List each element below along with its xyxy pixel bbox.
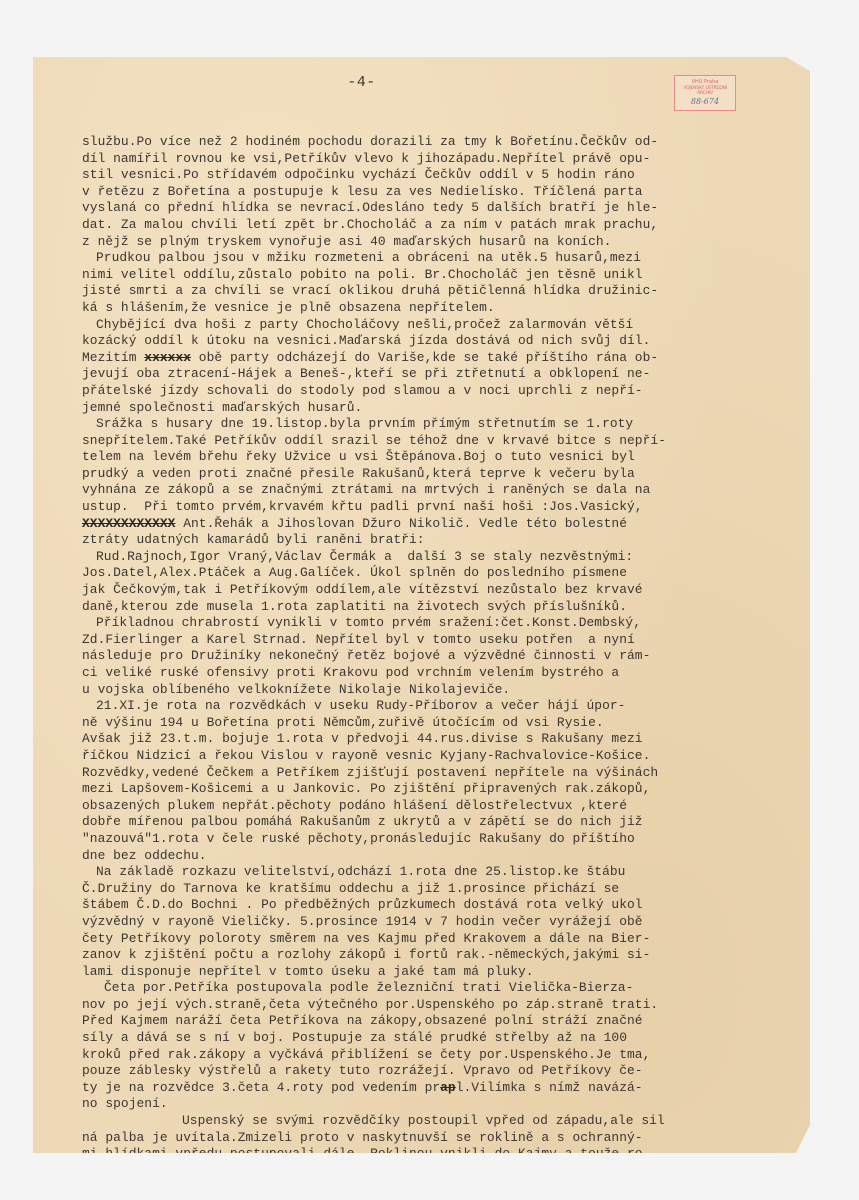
text-line: nov po její vých.straně,četa výtečného p… [82,997,802,1014]
text-line: zanov k zjištění počtu a rozlohy zákopů … [82,947,802,964]
text-line: lami disponuje nepřítel v tomto úseku a … [82,964,802,981]
text-line: z nějž se plným tryskem vynořuje asi 40 … [82,234,802,251]
text-line: v řetězu z Bořetína a postupuje k lesu z… [82,184,802,201]
text-line: službu.Po více než 2 hodiném pochodu dor… [82,134,802,151]
line-text-segment: obě party odcházejí do Variše,kde se tak… [191,350,658,365]
stamp-institution: VHÚ Praha [675,80,735,85]
text-line: čety Petříkovy poloroty směrem na ves Ka… [82,931,802,948]
text-line: Rud.Rajnoch,Igor Vraný,Václav Čermák a d… [82,549,802,566]
text-line: ká s hlášením,že vesnice je plně obsazen… [82,300,802,317]
text-line: jisté smrti a za chvíli se vrací oklikou… [82,283,802,300]
text-line: říčkou Nidzicí a řekou Vislou v rayoně v… [82,748,802,765]
text-line: vyhnána ze zákopů a se značnými ztrátami… [82,482,802,499]
archive-stamp: VHÚ Praha VOJENSKÝ ÚSTŘEDNÍ ARCHIV 88-67… [674,75,736,111]
text-line: ně výšinu 194 u Bořetína proti Němcům,zu… [82,715,802,732]
text-line: Rozvědky,vedené Čečkem a Petříkem zjišťu… [82,765,802,782]
text-line: Četa por.Petříka postupovala podle želez… [82,980,802,997]
text-line: díl namířil rovnou ke vsi,Petříkův vlevo… [82,151,802,168]
text-line: kozácký oddíl k útoku na vesnici.Maďarsk… [82,333,802,350]
text-line: Avšak již 23.t.m. bojuje 1.rota v předvo… [82,731,802,748]
text-line: Mezitím xxxxxx obě party odcházejí do Va… [82,350,802,367]
scanned-page-viewer: -4- VHÚ Praha VOJENSKÝ ÚSTŘEDNÍ ARCHIV 8… [0,0,859,1200]
line-text-segment: ty je na rozvědce 3.četa 4.roty pod vede… [82,1080,440,1095]
text-line: dne bez oddechu. [82,848,802,865]
text-line: telem na levém břehu řeky Užvice u vsi Š… [82,449,802,466]
text-line: jemné společnosti maďarských husarů. [82,400,802,417]
text-line: přátelské jízdy schovali do stodoly pod … [82,383,802,400]
stamp-handwritten-number: 88-674 [675,98,735,106]
text-line: Příkladnou chrabrostí vynikli v tomto pr… [82,615,802,632]
text-line: jevují oba ztracení-Hájek a Beneš-,kteří… [82,366,802,383]
struck-out-text: ap [440,1080,456,1095]
text-line: štábem Č.D.do Bochni . Po předběžných pr… [82,897,802,914]
text-line: 21.XI.je rota na rozvědkách v useku Rudy… [82,698,802,715]
struck-out-text: xxxxxx [144,350,191,365]
text-line: Před Kajmem naráží četa Petříkova na zák… [82,1013,802,1030]
line-text-segment: l.Vilímka s nímž navázá- [456,1080,643,1095]
struck-out-text: XXXXXXXXXXXX [82,516,175,531]
text-line: vyslaná co přední hlídka se nevrací.Odes… [82,200,802,217]
document-body-text: službu.Po více než 2 hodiném pochodu dor… [82,134,802,1196]
text-line: ustup. Při tomto prvém,krvavém křtu padl… [82,499,802,516]
text-line: no spojení. [82,1096,802,1113]
typewritten-paper-page: -4- VHÚ Praha VOJENSKÝ ÚSTŘEDNÍ ARCHIV 8… [33,57,810,1153]
text-line: stí Bierzanova vítá je prudká palba nepř… [82,1179,802,1196]
text-line: kroků před rak.zákopy a vyčkává přiblíže… [82,1047,802,1064]
text-line: následuje pro Družiníky nekonečný řetěz … [82,648,802,665]
stamp-archive-name: VOJENSKÝ ÚSTŘEDNÍ ARCHIV [675,87,735,96]
text-line: dobře mířenou palbou pomáhá Rakušanům z … [82,814,802,831]
text-line: mezi Lapšovem-Košicemi a u Jankovic. Po … [82,781,802,798]
text-line: Zd.Fierlinger a Karel Strnad. Nepřítel b… [82,632,802,649]
text-line: pouze záblesky výstřelů a rakety tuto ro… [82,1063,802,1080]
text-line: Na základě rozkazu velitelství,odchází 1… [82,864,802,881]
text-line: u vojska oblíbeného velkoknížete Nikolaj… [82,682,802,699]
page-number: -4- [0,74,750,91]
text-line: Prudkou palbou jsou v mžiku rozmeteni a … [82,250,802,267]
line-text-segment: Ant.Řehák a Jihoslovan Džuro Nikolič. Ve… [175,516,627,531]
text-line: výzvědný v rayoně Vieličky. 5.prosince 1… [82,914,802,931]
text-line: mi hlídkami vpředu postupovali dále. Rok… [82,1146,802,1163]
text-line: dat. Za malou chvíli letí zpět br.Chocho… [82,217,802,234]
text-line: Uspenský se svými rozvědčíky postoupil v… [82,1113,802,1130]
text-line: klinou až k Bierzanovu.V Kajmě nepřítele… [82,1163,802,1180]
text-line: Srážka s husary dne 19.listop.byla první… [82,416,802,433]
text-line: daně,kterou zde musela 1.rota zaplatiti … [82,599,802,616]
text-line: nimi velitel oddílu,zůstalo pobito na po… [82,267,802,284]
text-line: prudký a veden proti značné přesile Raku… [82,466,802,483]
text-line: Č.Družiny do Tarnova ke kratšímu oddechu… [82,881,802,898]
text-line: ná palba je uvítala.Zmizeli proto v nask… [82,1130,802,1147]
text-line: stil vesnici.Po střídavém odpočinku vych… [82,167,802,184]
text-line: ztráty udatných kamarádů byli raněni bra… [82,532,802,549]
text-line: Chybějící dva hoši z party Chocholáčovy … [82,317,802,334]
text-line: "nazouvá"1.rota v čele ruské pěchoty,pro… [82,831,802,848]
text-line: ty je na rozvědce 3.četa 4.roty pod vede… [82,1080,802,1097]
text-line: XXXXXXXXXXXX Ant.Řehák a Jihoslovan Džur… [82,516,802,533]
text-line: snepřítelem.Také Petříkův oddíl srazil s… [82,433,802,450]
line-text-segment: Mezitím [82,350,144,365]
text-line: síly a dává se s ní v boj. Postupuje za … [82,1030,802,1047]
text-line: Jos.Datel,Alex.Ptáček a Aug.Galíček. Úko… [82,565,802,582]
text-line: ci veliké ruské ofensivy proti Krakovu p… [82,665,802,682]
text-line: obsazených plukem nepřát.pěchoty podáno … [82,798,802,815]
text-line: jak Čečkovým,tak i Petříkovým oddílem,al… [82,582,802,599]
